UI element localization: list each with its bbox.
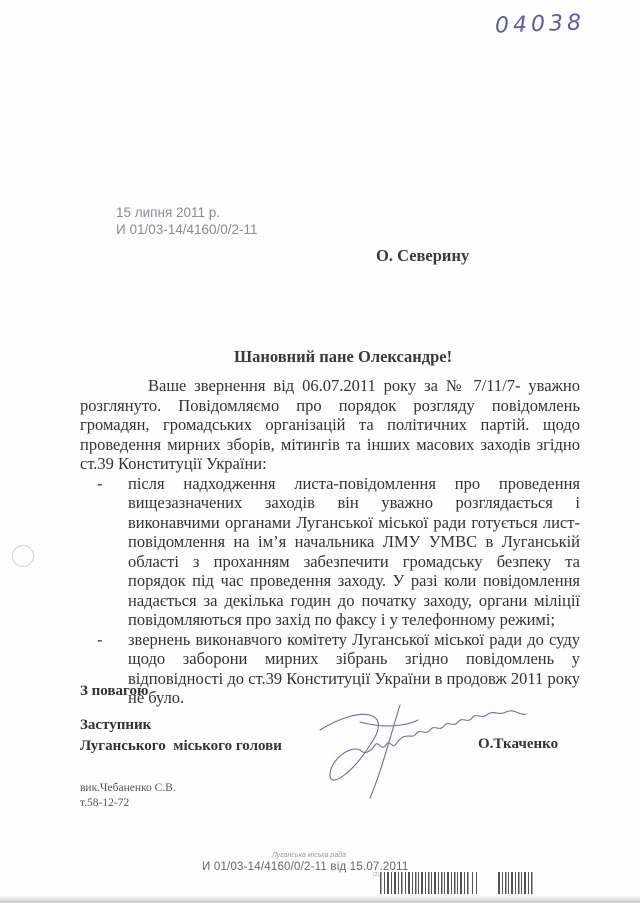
list-item: - після надходження листа-повідомлення п… [80, 474, 580, 630]
signatory-name: О.Ткаченко [478, 736, 558, 753]
punch-hole-mark [12, 545, 34, 567]
handwritten-incoming-number: 04038 [495, 10, 586, 38]
signatory-position: Заступник Луганського міського голови [80, 715, 282, 757]
barcode-icon [380, 872, 600, 894]
position-line-2: Луганського міського голови [80, 736, 282, 757]
scan-edge-shadow [0, 895, 640, 903]
closing: З повагою [80, 683, 148, 700]
position-line-1: Заступник [80, 715, 282, 736]
executor-info: вик.Чебаненко С.В. т.58-12-72 [80, 781, 176, 811]
intro-paragraph: Ваше звернення від 06.07.2011 року за № … [80, 376, 580, 474]
registration-date: 15 липня 2011 р. [116, 204, 258, 221]
registration-number: И 01/03-14/4160/0/2-11 [116, 221, 258, 238]
salutation: Шановний пане Олександре! [234, 347, 452, 367]
list-dash: - [97, 630, 103, 650]
executor-name: вик.Чебаненко С.В. [80, 781, 176, 796]
letter-page: 04038 15 липня 2011 р. И 01/03-14/4160/0… [0, 0, 640, 903]
letter-body: Ваше звернення від 06.07.2011 року за № … [80, 376, 580, 708]
list-dash: - [97, 474, 103, 494]
barcode-prefix: (2) [373, 872, 379, 878]
executor-phone: т.58-12-72 [80, 796, 176, 811]
addressee: О. Северину [376, 246, 469, 266]
procedure-list: - після надходження листа-повідомлення п… [80, 474, 580, 708]
list-item-text: після надходження листа-повідомлення про… [128, 474, 580, 630]
registration-stamp: 15 липня 2011 р. И 01/03-14/4160/0/2-11 [116, 204, 258, 238]
barcode-organization: Луганська міська рада [272, 852, 346, 859]
